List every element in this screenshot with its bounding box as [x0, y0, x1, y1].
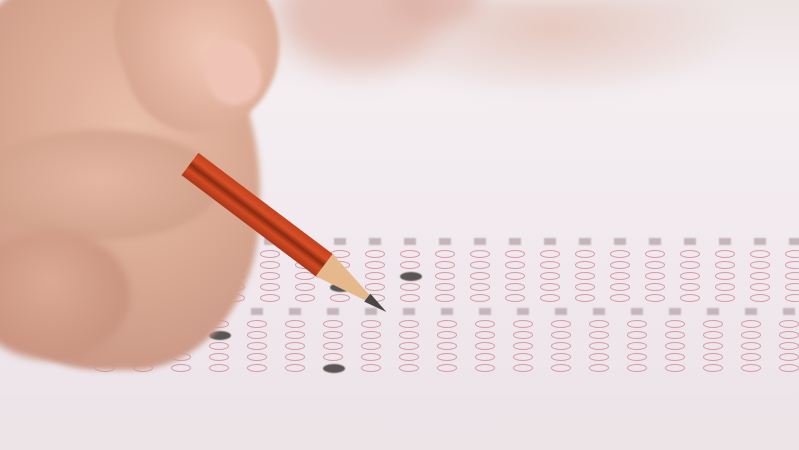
question-number	[593, 308, 605, 315]
answer-bubble	[260, 294, 280, 302]
answer-bubble	[437, 320, 457, 328]
answer-bubble	[645, 250, 665, 258]
answer-bubble	[505, 294, 525, 302]
answer-bubble	[295, 283, 315, 291]
answer-bubble	[540, 283, 560, 291]
answer-bubble	[779, 364, 799, 372]
answer-bubble	[247, 320, 267, 328]
answer-bubble	[680, 250, 700, 258]
answer-bubble	[513, 320, 533, 328]
answer-bubble	[665, 331, 685, 339]
answer-bubble	[610, 283, 630, 291]
answer-bubble	[750, 250, 770, 258]
answer-bubble	[435, 250, 455, 258]
answer-bubble	[513, 342, 533, 350]
answer-bubble	[627, 353, 647, 361]
answer-bubble	[437, 331, 457, 339]
answer-bubble	[715, 250, 735, 258]
answer-bubble	[741, 331, 761, 339]
answer-bubble	[551, 342, 571, 350]
answer-bubble	[247, 331, 267, 339]
answer-bubble	[470, 272, 490, 280]
answer-bubble	[680, 283, 700, 291]
answer-bubble	[645, 272, 665, 280]
question-number	[517, 308, 529, 315]
answer-bubble	[785, 261, 799, 269]
answer-bubble	[400, 250, 420, 258]
answer-bubble	[505, 283, 525, 291]
answer-bubble	[399, 342, 419, 350]
answer-bubble	[703, 331, 723, 339]
answer-bubble	[247, 364, 267, 372]
answer-bubble	[475, 364, 495, 372]
answer-bubble	[505, 261, 525, 269]
answer-bubble	[750, 283, 770, 291]
question-number	[334, 238, 346, 245]
answer-bubble	[645, 294, 665, 302]
answer-bubble	[400, 261, 420, 269]
answer-bubble	[575, 272, 595, 280]
answer-bubble	[505, 272, 525, 280]
question-number	[754, 238, 766, 245]
answer-bubble	[399, 331, 419, 339]
answer-bubble	[665, 364, 685, 372]
question-number	[684, 238, 696, 245]
answer-bubble	[575, 283, 595, 291]
answer-bubble	[435, 294, 455, 302]
question-number	[579, 238, 591, 245]
answer-bubble	[750, 294, 770, 302]
answer-bubble	[589, 353, 609, 361]
answer-bubble	[610, 261, 630, 269]
answer-bubble	[610, 294, 630, 302]
filled-bubble	[323, 364, 345, 373]
answer-bubble	[750, 272, 770, 280]
question-number	[327, 308, 339, 315]
answer-bubble	[589, 331, 609, 339]
answer-bubble	[779, 342, 799, 350]
question-number	[509, 238, 521, 245]
answer-bubble	[575, 250, 595, 258]
question-number	[441, 308, 453, 315]
answer-bubble	[779, 353, 799, 361]
question-number	[783, 308, 795, 315]
question-number	[474, 238, 486, 245]
answer-bubble	[627, 342, 647, 350]
answer-bubble	[715, 272, 735, 280]
answer-bubble	[247, 342, 267, 350]
answer-bubble	[785, 272, 799, 280]
photo-scene	[0, 0, 799, 450]
question-number	[289, 308, 301, 315]
answer-bubble	[513, 331, 533, 339]
answer-bubble	[779, 331, 799, 339]
answer-bubble	[361, 331, 381, 339]
answer-bubble	[703, 342, 723, 350]
answer-bubble	[470, 261, 490, 269]
answer-bubble	[285, 353, 305, 361]
answer-bubble	[785, 250, 799, 258]
answer-bubble	[399, 364, 419, 372]
answer-bubble	[703, 353, 723, 361]
answer-bubble	[209, 353, 229, 361]
answer-bubble	[575, 294, 595, 302]
answer-bubble	[437, 353, 457, 361]
answer-bubble	[785, 283, 799, 291]
answer-bubble	[645, 283, 665, 291]
answer-bubble	[365, 261, 385, 269]
answer-bubble	[589, 364, 609, 372]
answer-bubble	[209, 364, 229, 372]
answer-bubble	[260, 283, 280, 291]
answer-bubble	[437, 342, 457, 350]
answer-bubble	[361, 353, 381, 361]
question-number	[649, 238, 661, 245]
question-number	[614, 238, 626, 245]
answer-bubble	[540, 261, 560, 269]
answer-bubble	[610, 250, 630, 258]
answer-bubble	[680, 294, 700, 302]
question-number	[669, 308, 681, 315]
answer-bubble	[400, 294, 420, 302]
question-number	[745, 308, 757, 315]
answer-bubble	[323, 353, 343, 361]
answer-bubble	[551, 331, 571, 339]
answer-bubble	[741, 353, 761, 361]
answer-bubble	[247, 353, 267, 361]
answer-bubble	[551, 353, 571, 361]
answer-bubble	[470, 294, 490, 302]
answer-bubble	[589, 320, 609, 328]
question-number	[404, 238, 416, 245]
question-number	[631, 308, 643, 315]
answer-bubble	[627, 364, 647, 372]
answer-bubble	[627, 331, 647, 339]
answer-bubble	[665, 320, 685, 328]
answer-bubble	[741, 320, 761, 328]
answer-bubble	[285, 331, 305, 339]
answer-bubble	[715, 283, 735, 291]
answer-bubble	[540, 272, 560, 280]
question-number	[251, 308, 263, 315]
answer-bubble	[589, 342, 609, 350]
answer-bubble	[361, 342, 381, 350]
answer-bubble	[285, 320, 305, 328]
answer-bubble	[665, 353, 685, 361]
answer-bubble	[551, 364, 571, 372]
answer-bubble	[260, 261, 280, 269]
answer-bubble	[365, 250, 385, 258]
answer-bubble	[470, 250, 490, 258]
answer-bubble	[209, 342, 229, 350]
question-number	[719, 238, 731, 245]
answer-bubble	[750, 261, 770, 269]
answer-bubble	[171, 364, 191, 372]
answer-bubble	[680, 272, 700, 280]
answer-bubble	[435, 261, 455, 269]
question-number	[789, 238, 799, 245]
answer-bubble	[323, 342, 343, 350]
answer-bubble	[741, 364, 761, 372]
filled-bubble	[400, 272, 422, 281]
question-number	[544, 238, 556, 245]
answer-bubble	[715, 261, 735, 269]
answer-bubble	[475, 331, 495, 339]
answer-bubble	[703, 364, 723, 372]
answer-bubble	[285, 342, 305, 350]
answer-bubble	[260, 250, 280, 258]
answer-bubble	[715, 294, 735, 302]
answer-bubble	[400, 283, 420, 291]
answer-bubble	[680, 261, 700, 269]
answer-bubble	[741, 342, 761, 350]
answer-bubble	[665, 342, 685, 350]
answer-bubble	[399, 353, 419, 361]
answer-bubble	[365, 272, 385, 280]
answer-bubble	[703, 320, 723, 328]
answer-bubble	[285, 364, 305, 372]
answer-bubble	[551, 320, 571, 328]
answer-bubble	[475, 353, 495, 361]
answer-bubble	[513, 353, 533, 361]
answer-bubble	[260, 272, 280, 280]
answer-bubble	[323, 331, 343, 339]
answer-bubble	[435, 272, 455, 280]
question-number	[479, 308, 491, 315]
answer-bubble	[645, 261, 665, 269]
answer-bubble	[437, 364, 457, 372]
answer-bubble	[295, 294, 315, 302]
answer-bubble	[475, 342, 495, 350]
answer-bubble	[627, 320, 647, 328]
answer-bubble	[779, 320, 799, 328]
question-number	[439, 238, 451, 245]
answer-bubble	[475, 320, 495, 328]
answer-bubble	[513, 364, 533, 372]
question-number	[707, 308, 719, 315]
answer-bubble	[575, 261, 595, 269]
question-number	[369, 238, 381, 245]
paper-edge	[0, 395, 799, 450]
answer-bubble	[785, 294, 799, 302]
answer-bubble	[540, 294, 560, 302]
answer-bubble	[610, 272, 630, 280]
answer-bubble	[505, 250, 525, 258]
answer-bubble	[361, 364, 381, 372]
answer-bubble	[470, 283, 490, 291]
answer-bubble	[323, 320, 343, 328]
question-number	[555, 308, 567, 315]
answer-bubble	[540, 250, 560, 258]
answer-bubble	[399, 320, 419, 328]
answer-bubble	[435, 283, 455, 291]
